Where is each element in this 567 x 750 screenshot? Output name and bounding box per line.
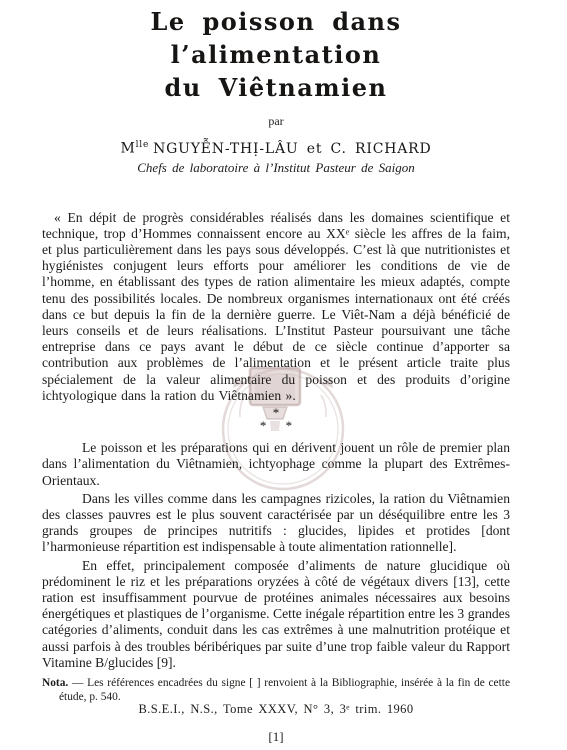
- scanned-article-page: Le poisson dans l’alimentation du Viêtna…: [0, 0, 567, 750]
- body-paragraph: En effet, principalement composée d’alim…: [42, 558, 510, 671]
- body-paragraph: Le poisson et les préparations qui en dé…: [42, 440, 510, 489]
- asterism-divider: * * *: [42, 406, 510, 432]
- page-number: [1]: [42, 729, 510, 745]
- footnote-nota: Nota. — Les références encadrées du sign…: [42, 676, 510, 704]
- opening-quote-paragraph: « En dépit de progrès considérables réal…: [42, 210, 510, 404]
- authors-affiliation: Chefs de laboratoire à l’Institut Pasteu…: [42, 160, 510, 176]
- article-content: Le poisson dans l’alimentation du Viêtna…: [42, 0, 510, 715]
- asterism-bottom: * *: [42, 419, 510, 432]
- nota-text: — Les références encadrées du signe [ ] …: [59, 677, 510, 703]
- body-paragraph: Dans les villes comme dans les campagnes…: [42, 491, 510, 556]
- journal-reference-footer: B.S.E.I., N.S., Tome XXXV, N° 3, 3ᵉ trim…: [42, 702, 510, 717]
- nota-label: Nota.: [42, 677, 68, 689]
- title-line-2: du Viêtnamien: [42, 71, 510, 104]
- author-honorific-superscript: lle: [136, 140, 149, 150]
- authors-line: MlleNGUYỄN-THỊ-LÂU et C. RICHARD: [42, 136, 510, 158]
- author-names: NGUYỄN-THỊ-LÂU et C. RICHARD: [153, 141, 431, 157]
- title-line-1: Le poisson dans l’alimentation: [42, 5, 510, 71]
- article-title: Le poisson dans l’alimentation du Viêtna…: [42, 5, 510, 104]
- author-honorific: M: [120, 141, 135, 157]
- byline: par: [42, 114, 510, 128]
